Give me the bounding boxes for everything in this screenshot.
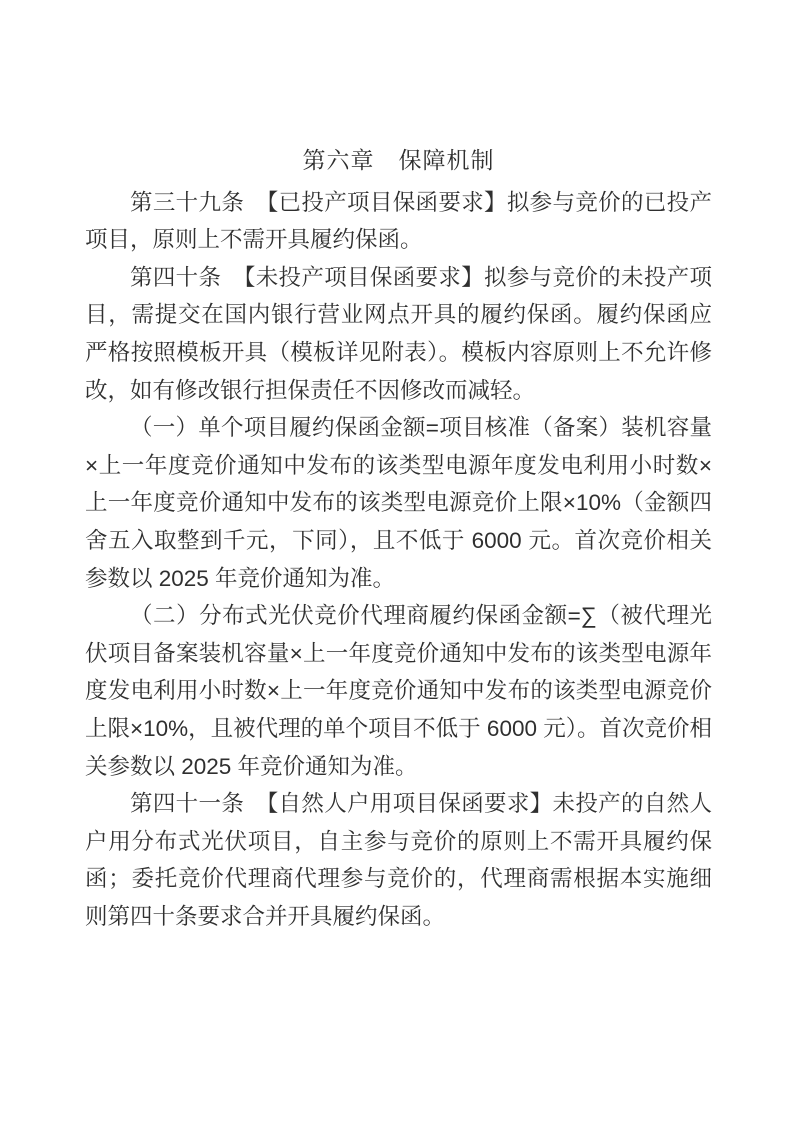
article-40-item-1: （一）单个项目履约保函金额=项目核准（备案）装机容量×上一年度竞价通知中发布的该…: [85, 409, 712, 597]
article-39-clause: 第三十九条 【已投产项目保函要求】拟参与竞价的已投产项目，原则上不需开具履约保函…: [85, 184, 712, 259]
chapter-heading: 第六章 保障机制: [85, 142, 712, 180]
article-41-clause: 第四十一条 【自然人户用项目保函要求】未投产的自然人户用分布式光伏项目，自主参与…: [85, 785, 712, 935]
document-page: 第六章 保障机制 第三十九条 【已投产项目保函要求】拟参与竞价的已投产项目，原则…: [0, 0, 793, 1122]
article-40-clause: 第四十条 【未投产项目保函要求】拟参与竞价的未投产项目，需提交在国内银行营业网点…: [85, 259, 712, 409]
article-40-item-2: （二）分布式光伏竞价代理商履约保函金额=∑（被代理光伏项目备案装机容量×上一年度…: [85, 597, 712, 785]
